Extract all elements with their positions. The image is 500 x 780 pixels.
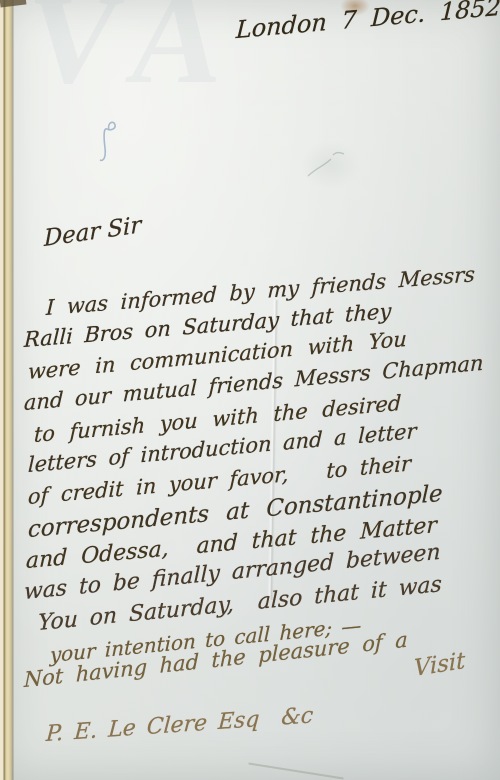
green-squiggle-mark	[304, 146, 350, 180]
salutation: Dear Sir	[44, 212, 141, 254]
paper-watermark: VA	[18, 0, 259, 113]
blue-pencil-mark	[92, 116, 122, 168]
address-line: P. E. Le Clere Esq &c	[45, 703, 314, 748]
fold-crease-bottom	[248, 763, 343, 780]
date-line: London 7 Dec. 1852	[235, 0, 500, 45]
closing-word: Visit	[414, 648, 466, 684]
book-gutter-edge	[0, 0, 14, 780]
letter-scan-page: VA London 7 Dec. 1852 Dear Sir I was inf…	[0, 0, 500, 780]
